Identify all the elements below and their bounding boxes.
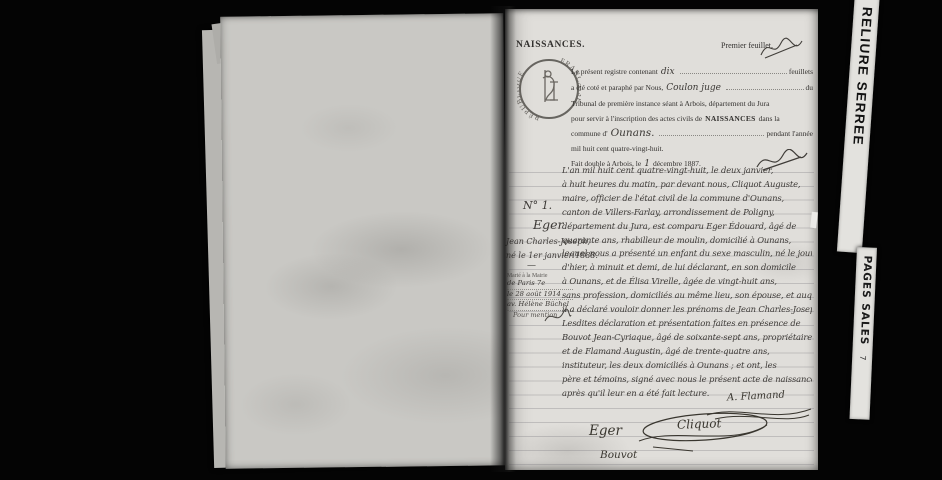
seated-figure-icon [543,70,558,102]
act-text-line: maire, officier de l'état civil de la co… [562,192,812,206]
strip-handwritten-mark: 7 [858,355,867,360]
act-text-line: à huit heures du matin, par devant nous,… [562,178,812,192]
act-text-line: Lesdites déclaration et présentation fai… [562,317,812,331]
reg-line1-handwritten: dix [658,65,678,80]
scanned-register-page: NAISSANCES. Premier feuillet. RÉPUBLIQUE… [0,0,942,480]
svg-text:RÉPUBLIQUE: RÉPUBLIQUE [517,69,541,122]
reg-line4-start: pour servir à l'inscription des actes ci… [571,111,702,126]
act-text-line: et de Flamand Augustin, âgé de trente-qu… [562,345,812,359]
act-text-line: Bouvot Jean-Cyriaque, âgé de soixante-se… [562,331,812,345]
archive-strip-pages-sales: PAGES SALES 7 [849,247,876,420]
judge-paraph-icon [757,35,805,61]
reg-line3: Tribunal de première instance séant à Ar… [571,96,769,111]
act-text-line: sans profession, domiciliés au même lieu… [562,289,812,303]
archive-strip-reliure: RELIURE SERREE [837,0,880,253]
page-title: NAISSANCES. [516,40,585,50]
dotted-rule [680,64,787,74]
reliure-serree-label: RELIURE SERREE [850,6,875,146]
dotted-rule [659,126,764,136]
act-number: N° 1. [523,199,552,212]
reg-line2-printed: a été coté et paraphé par Nous, [571,80,663,95]
reg-line4-naissances: NAISSANCES [705,111,756,126]
margin-separator: — [527,261,536,271]
left-blank-page [220,13,509,468]
act-text-line: lequel nous a présenté un enfant du sexe… [562,247,812,261]
pages-sales-label: PAGES SALES [858,255,874,345]
right-register-page: NAISSANCES. Premier feuillet. RÉPUBLIQUE… [505,9,818,470]
witness-signature-bouvot: Bouvot [600,449,637,461]
paper-flaw [810,212,818,229]
mayor-signature-cliquot: Cliquot [677,416,722,432]
reg-line1-end: feuillets [789,64,813,79]
act-text-line: instituteur, les deux domiciliés à Ounan… [562,359,812,373]
reg-line1-printed: Le présent registre contenant [571,64,658,79]
act-text-line: quarante ans, rhabilleur de moulin, domi… [562,234,812,248]
reg-line2-end: du [806,80,814,95]
reg-line2-handwritten: Coulon juge [663,81,724,96]
reg-line5-end: pendant l'année [766,126,813,141]
act-text-line: il a déclaré vouloir donner les prénoms … [562,303,812,317]
reg-line6: mil huit cent quatre-vingt-huit. [571,141,663,156]
birth-act-text: L'an mil huit cent quatre-vingt-huit, le… [562,164,812,400]
commune-name-handwritten: Ounans. [608,126,658,141]
reg-line4-end: dans la [759,111,780,126]
act-text-line: à Ounans, et de Élisa Virelle, âgée de v… [562,275,812,289]
act-text-line: d'hier, à minuit et demi, de lui déclara… [562,261,812,275]
act-text-line: père et témoins, signé avec nous le prés… [562,373,812,387]
act-text-line: département du Jura, est comparu Eger Éd… [562,220,812,234]
book-gutter-shadow [490,6,516,472]
dotted-rule [726,80,804,90]
act-text-line: L'an mil huit cent quatre-vingt-huit, le… [562,164,812,178]
margin-surname: Eger [533,217,564,232]
reg-line5-printed: commune d' [571,126,608,141]
act-text-line: canton de Villers-Farlay, arrondissement… [562,206,812,220]
father-signature-eger: Eger [589,423,622,439]
